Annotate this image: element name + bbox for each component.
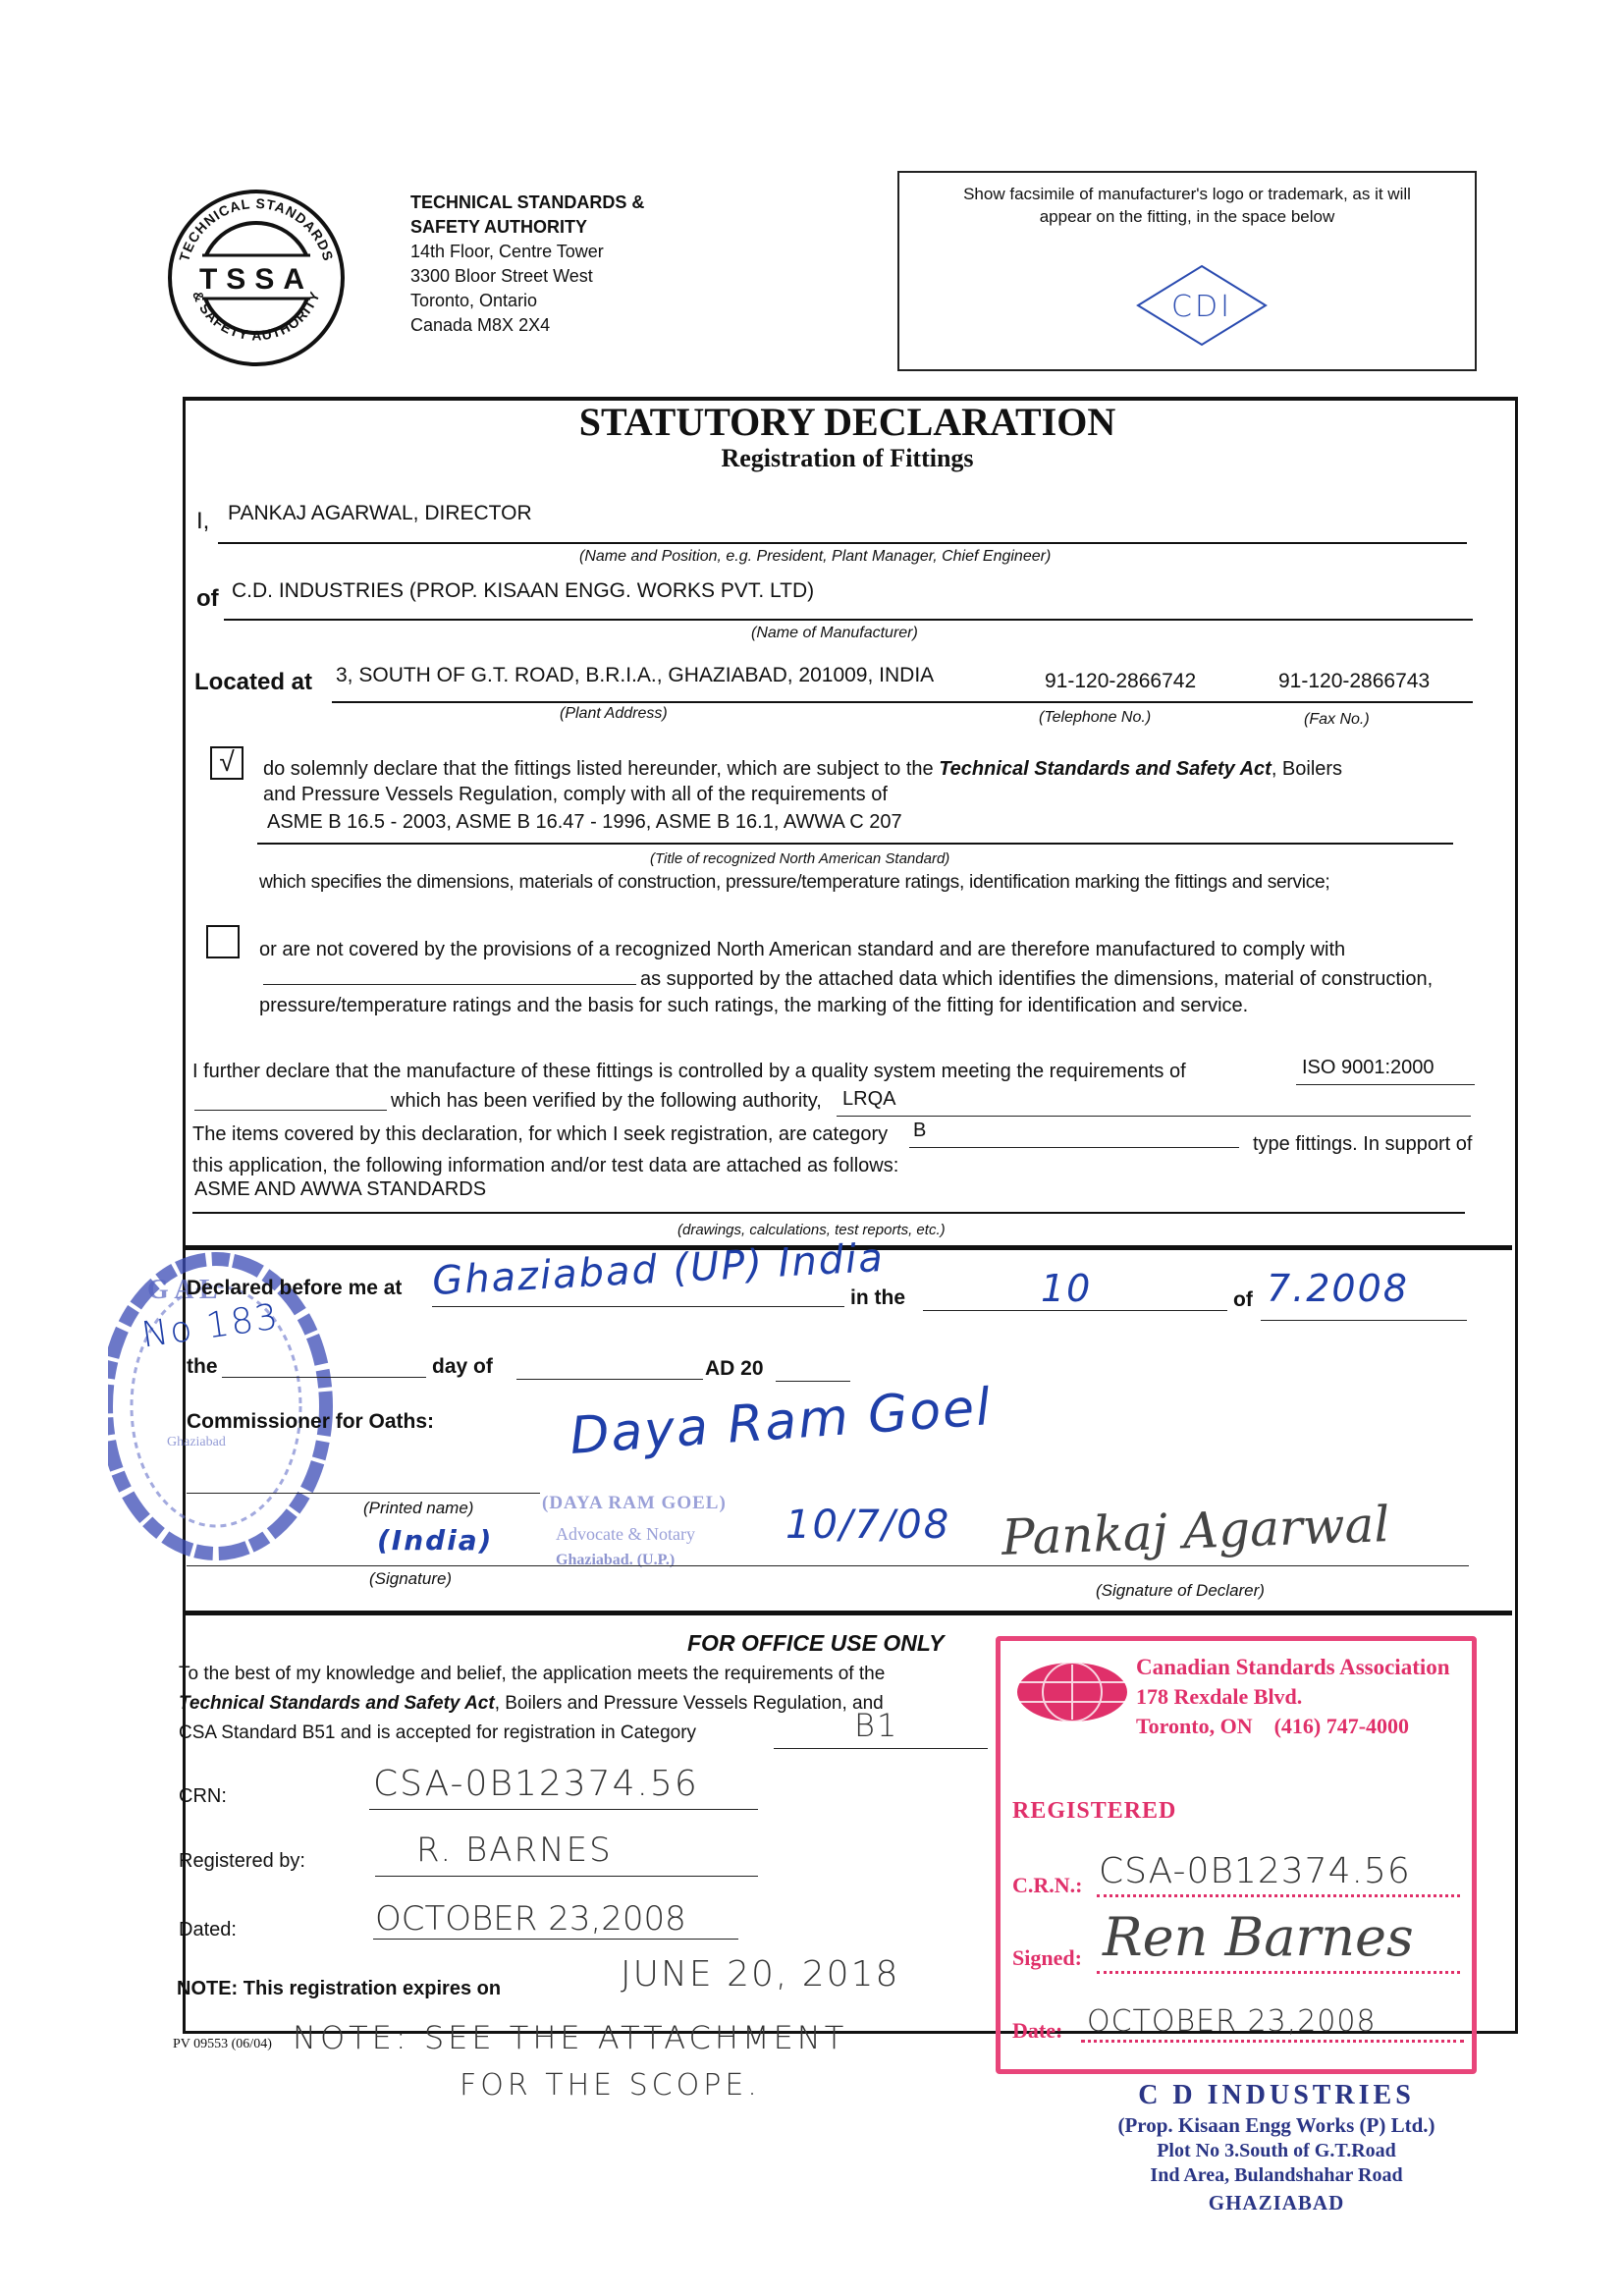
quality-standard-blank (194, 1110, 387, 1111)
address-line: Canada M8X 2X4 (410, 313, 644, 338)
option1-text-line2: and Pressure Vessels Regulation, comply … (263, 784, 888, 806)
declared-label: Declared before me at (187, 1277, 402, 1300)
handwritten-note-line1: NOTE: SEE THE ATTACHMENT (293, 2019, 847, 2056)
csa-signed-label: Signed: (1012, 1945, 1082, 1971)
printed-name-underline (187, 1493, 540, 1494)
notary-stamp-name: (DAYA RAM GOEL) (542, 1493, 727, 1514)
year-blank[interactable] (776, 1381, 850, 1382)
csa-crn-dots (1097, 1894, 1460, 1897)
csa-date-value: OCTOBER 23,2008 (1087, 2004, 1377, 2039)
office-text-line2: Technical Standards and Safety Act, Boil… (179, 1693, 884, 1715)
csa-address: 178 Rexdale Blvd. (1136, 1684, 1302, 1710)
csa-globe-icon (1014, 1661, 1130, 1723)
quality-text-line1: I further declare that the manufacture o… (192, 1061, 1186, 1083)
printed-name-caption: (Printed name) (363, 1499, 473, 1518)
telephone-field[interactable]: 91-120-2866742 (1045, 670, 1196, 693)
expiry-label: NOTE: This registration expires on (177, 1978, 501, 2000)
authority-underline (837, 1116, 1471, 1117)
in-the-value-handwritten: 10 (1041, 1267, 1092, 1310)
fax-caption: (Fax No.) (1304, 711, 1370, 729)
option2-standard-blank[interactable] (263, 984, 636, 985)
location-prefix: Located at (194, 669, 312, 696)
handwritten-notary-date: 10/7/08 (785, 1503, 950, 1548)
svg-text:Ghaziabad: Ghaziabad (167, 1435, 226, 1449)
form-subtitle: Registration of Fittings (183, 444, 1512, 473)
of-value-handwritten: 7.2008 (1267, 1267, 1409, 1310)
declared-place-underline (432, 1306, 844, 1307)
office-category-handwritten: B1 (854, 1707, 898, 1744)
svg-text:CDI: CDI (1171, 290, 1232, 324)
of-label: of (1233, 1288, 1253, 1312)
form-title: STATUTORY DECLARATION (183, 399, 1512, 445)
option1-text-line1: do solemnly declare that the fittings li… (263, 758, 1342, 781)
facsimile-logo-box: Show facsimile of manufacturer's logo or… (897, 171, 1477, 371)
csa-org-name: Canadian Standards Association (1136, 1655, 1450, 1680)
the-label: the (187, 1355, 218, 1379)
office-text-line1: To the best of my knowledge and belief, … (179, 1664, 885, 1685)
in-the-underline (923, 1310, 1227, 1311)
dated-value[interactable]: OCTOBER 23,2008 (375, 1899, 686, 1939)
manufacturer-logo-cdi: CDI (1133, 261, 1271, 350)
location-underline (332, 701, 1473, 703)
category-text-b: type fittings. In support of (1253, 1133, 1472, 1156)
manufacturer-caption: (Name of Manufacturer) (751, 625, 918, 642)
standards-caption: (Title of recognized North American Stan… (650, 850, 949, 867)
category-underline (909, 1147, 1239, 1148)
standards-underline (257, 843, 1453, 845)
office-text-line3: CSA Standard B51 and is accepted for reg… (179, 1722, 696, 1744)
category-text-a: The items covered by this declaration, f… (192, 1123, 888, 1146)
csa-crn-label: C.R.N.: (1012, 1873, 1083, 1898)
quality-standard-field[interactable]: ISO 9001:2000 (1302, 1057, 1435, 1079)
quality-standard-underline (1296, 1084, 1475, 1085)
option2-checkbox[interactable] (206, 925, 240, 958)
notary-stamp-city: Ghaziabad. (U.P.) (556, 1552, 675, 1569)
standards-field[interactable]: ASME B 16.5 - 2003, ASME B 16.47 - 1996,… (267, 811, 902, 834)
tssa-address-block: TECHNICAL STANDARDS & SAFETY AUTHORITY 1… (410, 191, 644, 338)
csa-city-phone: Toronto, ON (416) 747-4000 (1136, 1714, 1409, 1739)
option2-text-line3: pressure/temperature ratings and the bas… (259, 995, 1248, 1017)
csa-crn-value: CSA-0B12374.56 (1099, 1851, 1411, 1891)
dated-underline (373, 1939, 738, 1940)
of-underline (1261, 1320, 1467, 1321)
month-blank[interactable] (516, 1379, 703, 1380)
company-stamp-line3: Plot No 3.South of G.T.Road (1041, 2140, 1512, 2162)
csa-status: REGISTERED (1012, 1798, 1176, 1825)
declarant-underline (218, 542, 1467, 544)
facsimile-instructions: Show facsimile of manufacturer's logo or… (899, 183, 1475, 228)
company-stamp-line2: (Prop. Kisaan Engg Works (P) Ltd.) (1041, 2113, 1512, 2138)
signature-caption: (Signature) (369, 1569, 452, 1589)
org-name-line1: TECHNICAL STANDARDS & (410, 191, 644, 215)
company-stamp-line1: C D INDUSTRIES (1041, 2080, 1512, 2111)
signature-underline (187, 1565, 1469, 1566)
attached-text: this application, the following informat… (192, 1155, 898, 1177)
crn-label: CRN: (179, 1785, 227, 1808)
company-stamp-line4: Ind Area, Bulandshahar Road (1041, 2164, 1512, 2187)
office-use-heading: FOR OFFICE USE ONLY (687, 1630, 945, 1657)
handwritten-note-line2: FOR THE SCOPE. (460, 2068, 761, 2103)
registered-by-label: Registered by: (179, 1850, 305, 1873)
company-stamp: C D INDUSTRIES (Prop. Kisaan Engg Works … (1041, 2080, 1512, 2215)
attached-caption: (drawings, calculations, test reports, e… (677, 1222, 946, 1238)
declarant-prefix: I, (196, 508, 209, 535)
svg-text:TSSA: TSSA (199, 263, 313, 296)
address-line: 14th Floor, Centre Tower (410, 240, 644, 264)
csa-date-dots (1081, 2040, 1464, 2043)
org-name-line2: SAFETY AUTHORITY (410, 215, 644, 240)
address-line: 3300 Bloor Street West (410, 264, 644, 289)
the-day-blank[interactable] (222, 1377, 426, 1378)
company-stamp-line5: GHAZIABAD (1041, 2191, 1512, 2215)
handwritten-india: (India) (377, 1524, 493, 1557)
attached-underline (192, 1212, 1465, 1214)
option2-text-line1: or are not covered by the provisions of … (259, 939, 1345, 961)
manufacturer-name-field[interactable]: C.D. INDUSTRIES (PROP. KISAAN ENGG. WORK… (232, 579, 814, 603)
tssa-logo: TECHNICAL STANDARDS & SAFETY AUTHORITY T… (165, 187, 348, 369)
svg-text:TECHNICAL STANDARDS: TECHNICAL STANDARDS (176, 195, 337, 263)
address-line: Toronto, Ontario (410, 289, 644, 313)
telephone-caption: (Telephone No.) (1039, 709, 1151, 727)
category-field[interactable]: B (913, 1120, 926, 1142)
plant-address-field[interactable]: 3, SOUTH OF G.T. ROAD, B.R.I.A., GHAZIAB… (336, 664, 934, 687)
declarer-caption: (Signature of Declarer) (1096, 1581, 1265, 1601)
plant-address-caption: (Plant Address) (560, 705, 668, 723)
declarant-caption: (Name and Position, e.g. President, Plan… (579, 548, 1051, 566)
option1-text-line4: which specifies the dimensions, material… (259, 872, 1329, 894)
csa-registered-stamp: Canadian Standards Association 178 Rexda… (996, 1636, 1477, 2074)
dated-label: Dated: (179, 1919, 237, 1941)
csa-signature: Ren Barnes (1103, 1906, 1414, 1968)
in-the-label: in the (850, 1286, 905, 1310)
form-code: PV 09553 (06/04) (173, 2037, 272, 2052)
manufacturer-prefix: of (196, 585, 219, 613)
authority-field[interactable]: LRQA (842, 1088, 895, 1111)
manufacturer-underline (224, 619, 1473, 621)
declarant-name-field[interactable]: PANKAJ AGARWAL, DIRECTOR (228, 502, 532, 525)
option1-checkbox[interactable]: √ (210, 746, 244, 780)
fax-field[interactable]: 91-120-2866743 (1278, 670, 1430, 693)
crn-value[interactable]: CSA-0B12374.56 (373, 1764, 699, 1804)
commissioner-label: Commissioner for Oaths: (187, 1410, 434, 1434)
registered-by-value[interactable]: R. BARNES (416, 1831, 613, 1870)
expiry-value[interactable]: JUNE 20, 2018 (621, 1954, 899, 1995)
attached-data-field[interactable]: ASME AND AWWA STANDARDS (194, 1178, 486, 1201)
quality-text-line2: which has been verified by the following… (391, 1090, 822, 1113)
notary-stamp-title: Advocate & Notary (556, 1524, 695, 1545)
day-of-label: day of (432, 1355, 493, 1379)
option2-text-line2: as supported by the attached data which … (640, 968, 1433, 991)
csa-signed-dots (1097, 1971, 1460, 1974)
office-category-underline (774, 1748, 988, 1749)
registered-by-underline (375, 1876, 758, 1877)
crn-underline (369, 1809, 758, 1810)
ad-label: AD 20 (705, 1357, 764, 1381)
section-divider (183, 1611, 1512, 1615)
csa-date-label: Date: (1012, 2018, 1062, 2044)
